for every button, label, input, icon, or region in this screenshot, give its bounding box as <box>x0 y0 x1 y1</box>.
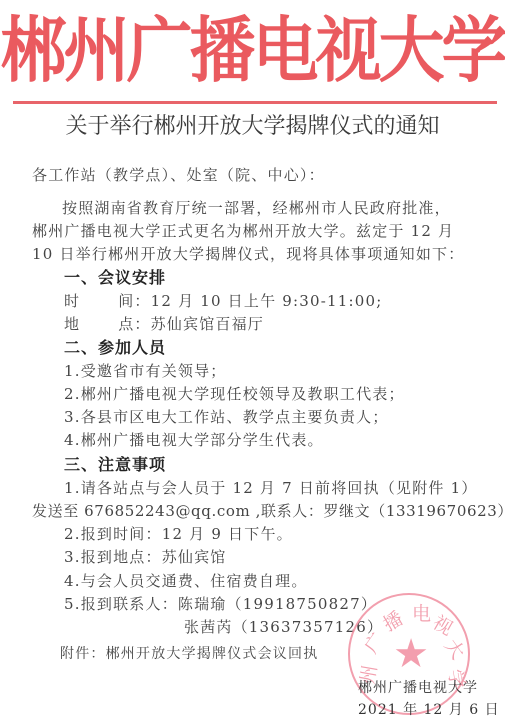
note-item-2: 2.报到时间：12 月 9 日下午。 <box>64 523 293 546</box>
attendee-item-4: 4.郴州广播电视大学部分学生代表。 <box>64 429 324 452</box>
note-item-1-cont: 发送至 676852243@qq.com ,联系人：罗继文（1331967062… <box>32 500 505 523</box>
note-item-4: 4.与会人员交通费、住宿费自理。 <box>64 570 308 593</box>
note-item-3: 3.报到地点：苏仙宾馆 <box>64 546 227 569</box>
time-label-b: 间： <box>118 292 150 310</box>
place-label-b: 点： <box>118 315 150 333</box>
attendee-item-1: 1.受邀省市有关领导； <box>64 360 227 383</box>
salutation: 各工作站（教学点）、处室（院、中心）： <box>32 164 325 187</box>
time-label-a: 时 <box>64 292 80 310</box>
meeting-time-row: 时间：12 月 10 日上午 9:30-11:00; <box>64 290 383 313</box>
document-title: 关于举行郴州开放大学揭牌仪式的通知 <box>0 112 505 142</box>
section-heading-arrangement: 一、会议安排 <box>64 266 166 289</box>
masthead-title: 郴州广播电视大学 <box>0 8 505 94</box>
note-item-1: 1.请各站点与会人员于 12 月 7 日前将回执（见附件 1） <box>64 477 478 500</box>
signature-date: 2021 年 12 月 6 日 <box>358 699 500 719</box>
intro-line-2: 郴州广播电视大学正式更名为郴州开放大学。兹定于 12 月 <box>32 220 454 243</box>
place-label-a: 地 <box>64 315 80 333</box>
seal-char: 电 <box>412 599 431 626</box>
section-heading-attendees: 二、参加人员 <box>64 336 166 359</box>
time-value: 12 月 10 日上午 9:30-11:00; <box>151 292 383 310</box>
note-item-5: 5.报到联系人：陈瑞瑜（19918750827） <box>64 593 377 616</box>
intro-line-3: 10 日举行郴州开放大学揭牌仪式，现将具体事项通知如下： <box>32 243 464 266</box>
red-divider <box>13 101 497 104</box>
attendee-item-3: 3.各县市区电大工作站、教学点主要负责人； <box>64 406 389 429</box>
intro-line-1: 按照湖南省教育厅统一部署，经郴州市人民政府批准， <box>62 197 451 220</box>
seal-char: 广 <box>357 627 390 658</box>
seal-star-icon: ★ <box>388 631 434 677</box>
attachment-note: 附件：郴州开放大学揭牌仪式会议回执 <box>60 643 318 666</box>
meeting-place-row: 地点：苏仙宾馆百福厅 <box>64 313 264 336</box>
signature-org: 郴州广播电视大学 <box>358 677 478 697</box>
attendee-item-2: 2.郴州广播电视大学现任校领导及教职工代表； <box>64 383 405 406</box>
place-value: 苏仙宾馆百福厅 <box>151 315 264 333</box>
section-heading-notes: 三、注意事项 <box>64 453 166 476</box>
